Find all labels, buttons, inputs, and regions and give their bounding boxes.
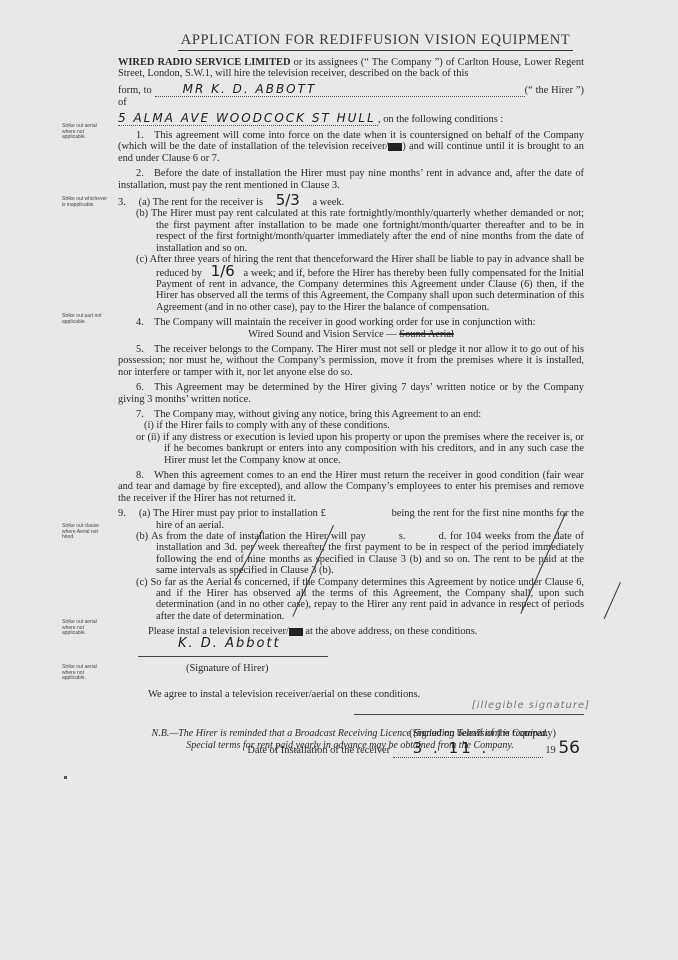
clause-5: 5.The receiver belongs to the Company. T…	[118, 344, 584, 378]
margin-note: Strike out aerial where not applicable.	[62, 665, 108, 682]
clause-6: 6.This Agreement may be determined by th…	[118, 382, 584, 405]
clause-9: 9. (a) The Hirer must pay prior to insta…	[118, 508, 584, 622]
struck-text: Sound Aerial	[399, 329, 454, 340]
clause-8: 8.When this agreement comes to an end th…	[118, 470, 584, 504]
strike-line	[604, 582, 621, 619]
hirer-name-field[interactable]: MR K. D. ABBOTT	[155, 82, 317, 96]
document-title: APPLICATION FOR REDIFFUSION VISION EQUIP…	[178, 32, 573, 51]
clause-1: 1.This agreement will come into force on…	[118, 130, 584, 164]
clause-4: 4.The Company will maintain the receiver…	[118, 317, 584, 340]
margin-note: Strike out part not applicable.	[62, 314, 108, 325]
footnote: N.B.—The Hirer is reminded that a Broadc…	[100, 728, 600, 751]
hirer-address-field[interactable]: 5 ALMA AVE WOODCOCK ST HULL	[118, 111, 376, 125]
margin-note: Strike out clause where Aerial not hired…	[62, 524, 108, 541]
margin-note: Strike out whichever is inapplicable.	[62, 197, 108, 208]
hirer-address-line: 5 ALMA AVE WOODCOCK ST HULL, on the foll…	[118, 113, 584, 126]
margin-note: Strike out aerial where not applicable.	[62, 620, 108, 637]
weekly-rent-field[interactable]: 5/3	[266, 191, 310, 209]
clause-3: 3. (a) The rent for the receiver is 5/3 …	[118, 195, 584, 313]
clause-7: 7.The Company may, without giving any no…	[118, 409, 584, 466]
margin-note: Strike out aerial where not applicable.	[62, 124, 108, 141]
company-name: WIRED RADIO SERVICE LIMITED	[118, 57, 290, 68]
page-mark	[64, 776, 67, 779]
document-page: APPLICATION FOR REDIFFUSION VISION EQUIP…	[0, 0, 678, 960]
company-signature[interactable]: [illegible signature]	[472, 700, 590, 711]
intro-paragraph: WIRED RADIO SERVICE LIMITED or its assig…	[118, 57, 584, 80]
agreement-body: WIRED RADIO SERVICE LIMITED or its assig…	[118, 57, 584, 758]
clause-2: 2.Before the date of installation the Hi…	[118, 168, 584, 191]
company-signature-block: [illegible signature]	[118, 700, 584, 728]
hirer-name-line: form, to MR K. D. ABBOTT(“ the Hirer ”) …	[118, 84, 584, 109]
company-agreement-text: We agree to instal a television receiver…	[118, 689, 584, 700]
hirer-signature-block: K. D. Abbott (Signature of Hirer)	[118, 640, 584, 675]
redaction-mark	[289, 628, 303, 636]
hirer-signature[interactable]: K. D. Abbott	[178, 638, 281, 649]
hirer-signature-caption: (Signature of Hirer)	[138, 663, 584, 674]
redaction-mark	[388, 143, 402, 151]
rent-reduction-field[interactable]: 1/6	[205, 262, 241, 280]
